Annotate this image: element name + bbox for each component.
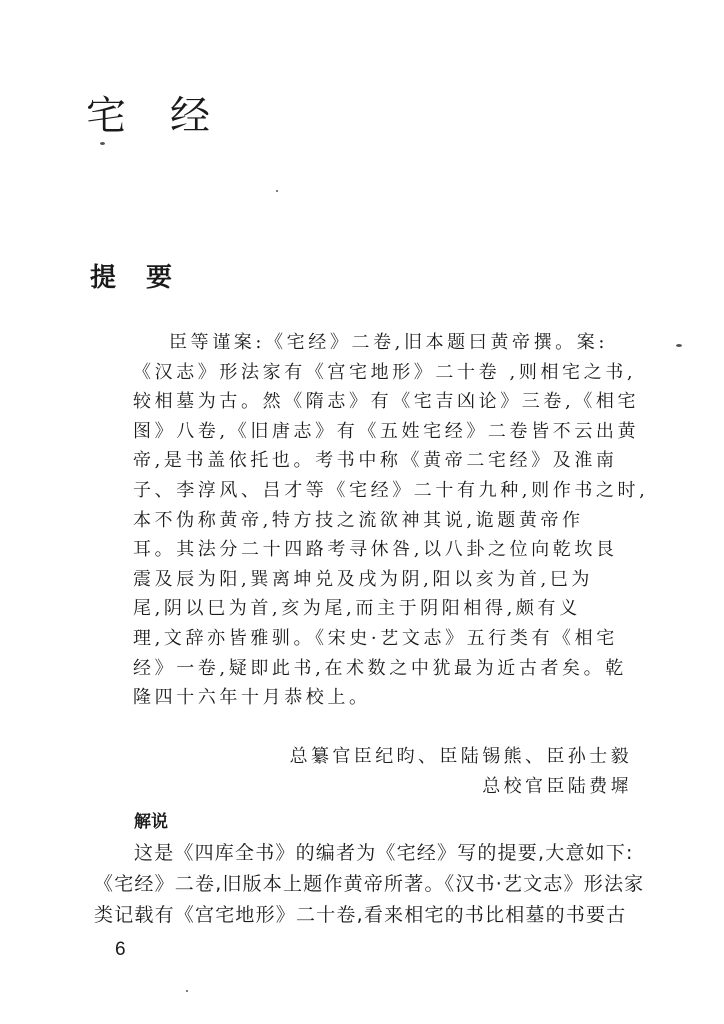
commentary-body: 这是《四库全书》的编者为《宅经》写的提要,大意如下: 《宅经》二卷,旧版本上题作…	[94, 838, 654, 931]
abstract-line: 本不伪称黄帝,特方技之流欲神其说,诡题黄帝作	[133, 506, 633, 536]
commentary-line: 类记载有《宫宅地形》二十卷,看来相宅的书比相墓的书要古	[94, 900, 654, 931]
abstract-line: 耳。其法分二十四路考寻休咎,以八卦之位向乾坎艮	[133, 535, 633, 565]
abstract-line: 尾,阴以巳为首,亥为尾,而主于阴阳相得,颇有义	[133, 594, 633, 624]
signature-proofreader: 总校官臣陆费墀	[482, 772, 632, 802]
scan-speck	[676, 344, 682, 347]
abstract-line: 图》八卷,《旧唐志》有《五姓宅经》二卷皆不云出黄	[133, 417, 633, 447]
abstract-line: 隆四十六年十月恭校上。	[133, 683, 633, 713]
book-page: 宅经 提要 臣等谨案:《宅经》二卷,旧本题曰黄帝撰。案: 《汉志》形法家有《宫宅…	[0, 0, 724, 1024]
abstract-line: 较相墓为古。然《隋志》有《宅吉凶论》三卷,《相宅	[133, 387, 633, 417]
abstract-line: 帝,是书盖依托也。考书中称《黄帝二宅经》及淮南	[133, 446, 633, 476]
commentary-line: 《宅经》二卷,旧版本上题作黄帝所著。《汉书·艺文志》形法家	[94, 869, 654, 900]
section-heading-abstract: 提要	[90, 262, 202, 294]
section-heading-commentary: 解说	[134, 810, 168, 834]
chapter-title: 宅经	[86, 92, 254, 140]
abstract-line: 经》一卷,疑即此书,在术数之中犹最为近古者矣。乾	[133, 654, 633, 684]
commentary-line: 这是《四库全书》的编者为《宅经》写的提要,大意如下:	[94, 838, 654, 869]
scan-speck	[276, 190, 278, 192]
abstract-line: 震及辰为阳,巽离坤兑及戌为阴,阳以亥为首,巳为	[133, 565, 633, 595]
abstract-line: 理,文辞亦皆雅驯。《宋史·艺文志》五行类有《相宅	[133, 624, 633, 654]
scan-speck	[100, 142, 105, 145]
scan-speck	[186, 990, 188, 992]
page-number: 6	[115, 938, 126, 962]
abstract-body: 臣等谨案:《宅经》二卷,旧本题曰黄帝撰。案: 《汉志》形法家有《宫宅地形》二十卷…	[133, 328, 633, 713]
abstract-line: 《汉志》形法家有《宫宅地形》二十卷 ,则相宅之书,	[133, 358, 633, 388]
abstract-line: 臣等谨案:《宅经》二卷,旧本题曰黄帝撰。案:	[133, 328, 633, 358]
signature-compilers: 总纂官臣纪昀、臣陆锡熊、臣孙士毅	[290, 742, 632, 772]
abstract-line: 子、李淳风、吕才等《宅经》二十有九种,则作书之时,	[133, 476, 633, 506]
